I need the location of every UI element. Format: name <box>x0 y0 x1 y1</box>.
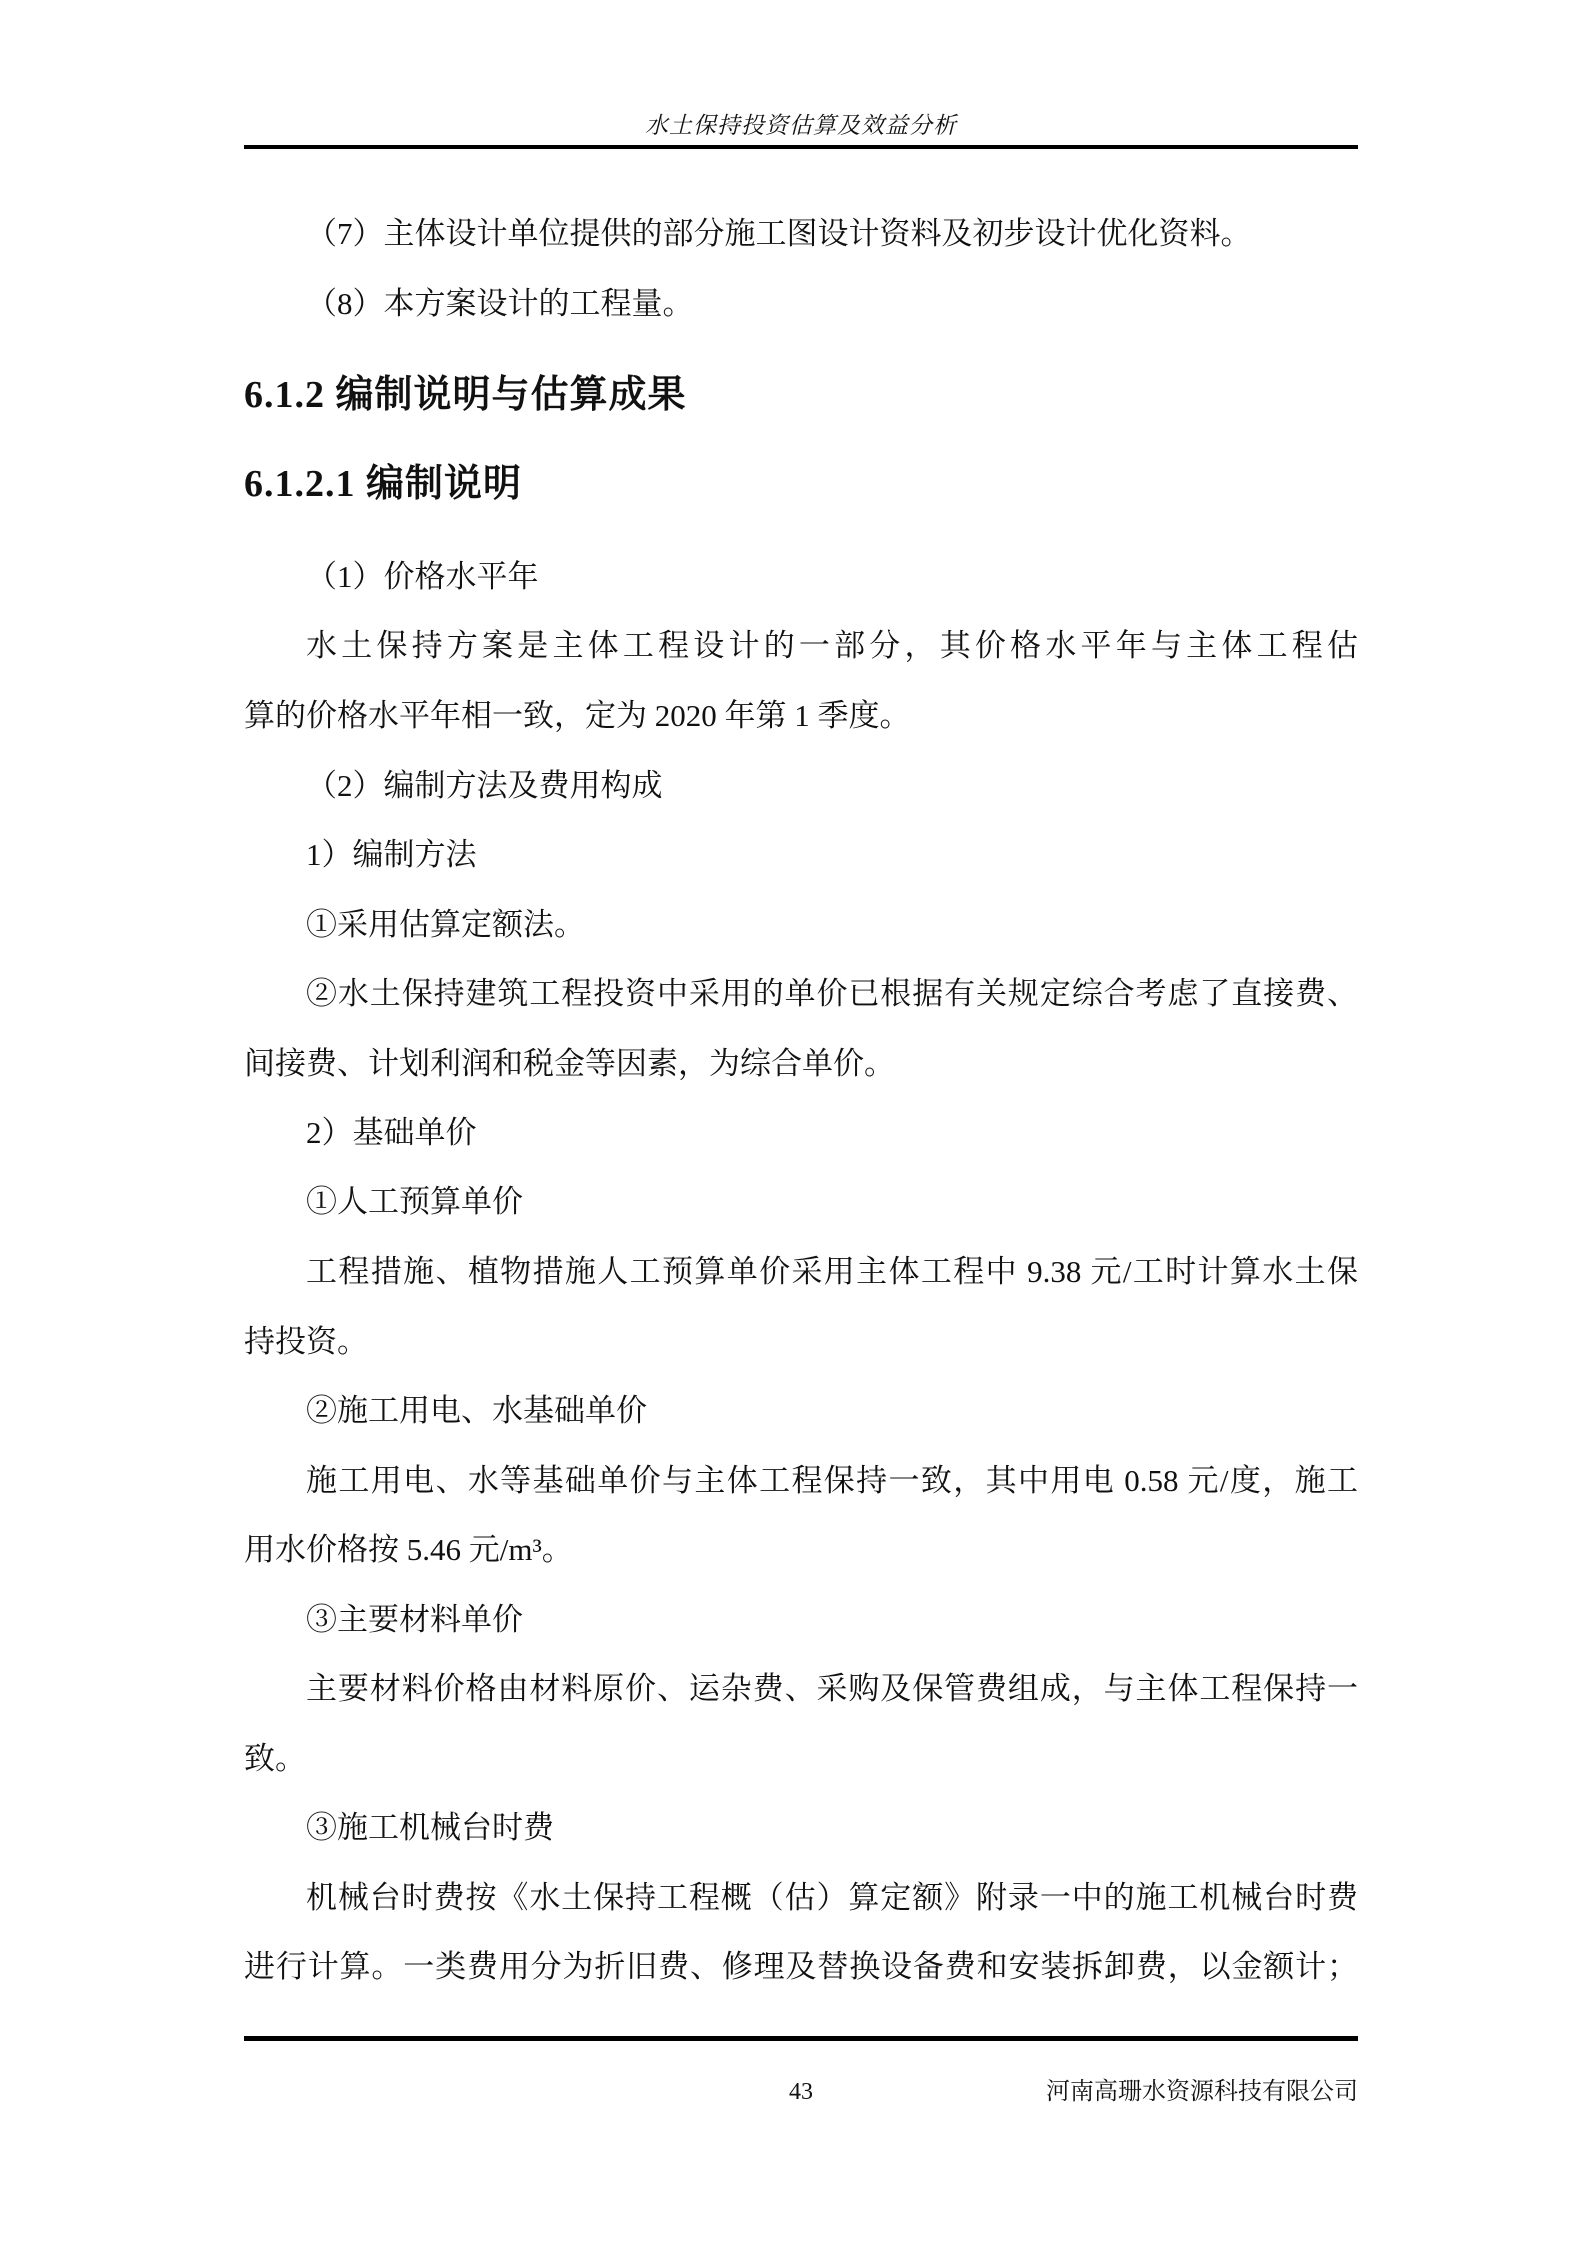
page-header-title: 水土保持投资估算及效益分析 <box>244 112 1358 140</box>
heading-6-1-2: 6.1.2 编制说明与估算成果 <box>244 373 1358 417</box>
body-line: 算的价格水平年相一致，定为 2020 年第 1 季度。 <box>244 698 1358 734</box>
body-line: 水土保持方案是主体工程设计的一部分，其价格水平年与主体工程估 <box>244 628 1358 664</box>
footer-company-name: 河南高珊水资源科技有限公司 <box>244 2078 1358 2106</box>
body-line: ①采用估算定额法。 <box>244 907 1358 943</box>
body-line: 工程措施、植物措施人工预算单价采用主体工程中 9.38 元/工时计算水土保 <box>244 1254 1358 1290</box>
footer-rule <box>244 2036 1358 2041</box>
body-line: （8）本方案设计的工程量。 <box>244 286 1358 322</box>
body-line: 1）编制方法 <box>244 837 1358 873</box>
body-line: （2）编制方法及费用构成 <box>244 768 1358 804</box>
body-line: ②施工用电、水基础单价 <box>244 1393 1358 1429</box>
body-line: 进行计算。一类费用分为折旧费、修理及替换设备费和安装拆卸费，以金额计； <box>244 1949 1358 1985</box>
document-page: 水土保持投资估算及效益分析 （7）主体设计单位提供的部分施工图设计资料及初步设计… <box>0 0 1587 2245</box>
body-line: 用水价格按 5.46 元/m³。 <box>244 1532 1358 1568</box>
heading-6-1-2-1: 6.1.2.1 编制说明 <box>244 462 1358 506</box>
body-line: 机械台时费按《水土保持工程概（估）算定额》附录一中的施工机械台时费 <box>244 1880 1358 1916</box>
body-line: 施工用电、水等基础单价与主体工程保持一致，其中用电 0.58 元/度，施工 <box>244 1463 1358 1499</box>
body-line: 持投资。 <box>244 1324 1358 1360</box>
body-line: ②水土保持建筑工程投资中采用的单价已根据有关规定综合考虑了直接费、 <box>244 976 1358 1012</box>
body-line: ①人工预算单价 <box>244 1184 1358 1220</box>
body-line: （1）价格水平年 <box>244 559 1358 595</box>
body-line: 主要材料价格由材料原价、运杂费、采购及保管费组成，与主体工程保持一 <box>244 1671 1358 1707</box>
header-rule <box>244 145 1358 149</box>
body-line: （7）主体设计单位提供的部分施工图设计资料及初步设计优化资料。 <box>244 216 1358 252</box>
body-line: 间接费、计划利润和税金等因素，为综合单价。 <box>244 1046 1358 1082</box>
body-line: 2）基础单价 <box>244 1115 1358 1151</box>
body-line: 致。 <box>244 1741 1358 1777</box>
body-line: ③施工机械台时费 <box>244 1810 1358 1846</box>
body-line: ③主要材料单价 <box>244 1602 1358 1638</box>
